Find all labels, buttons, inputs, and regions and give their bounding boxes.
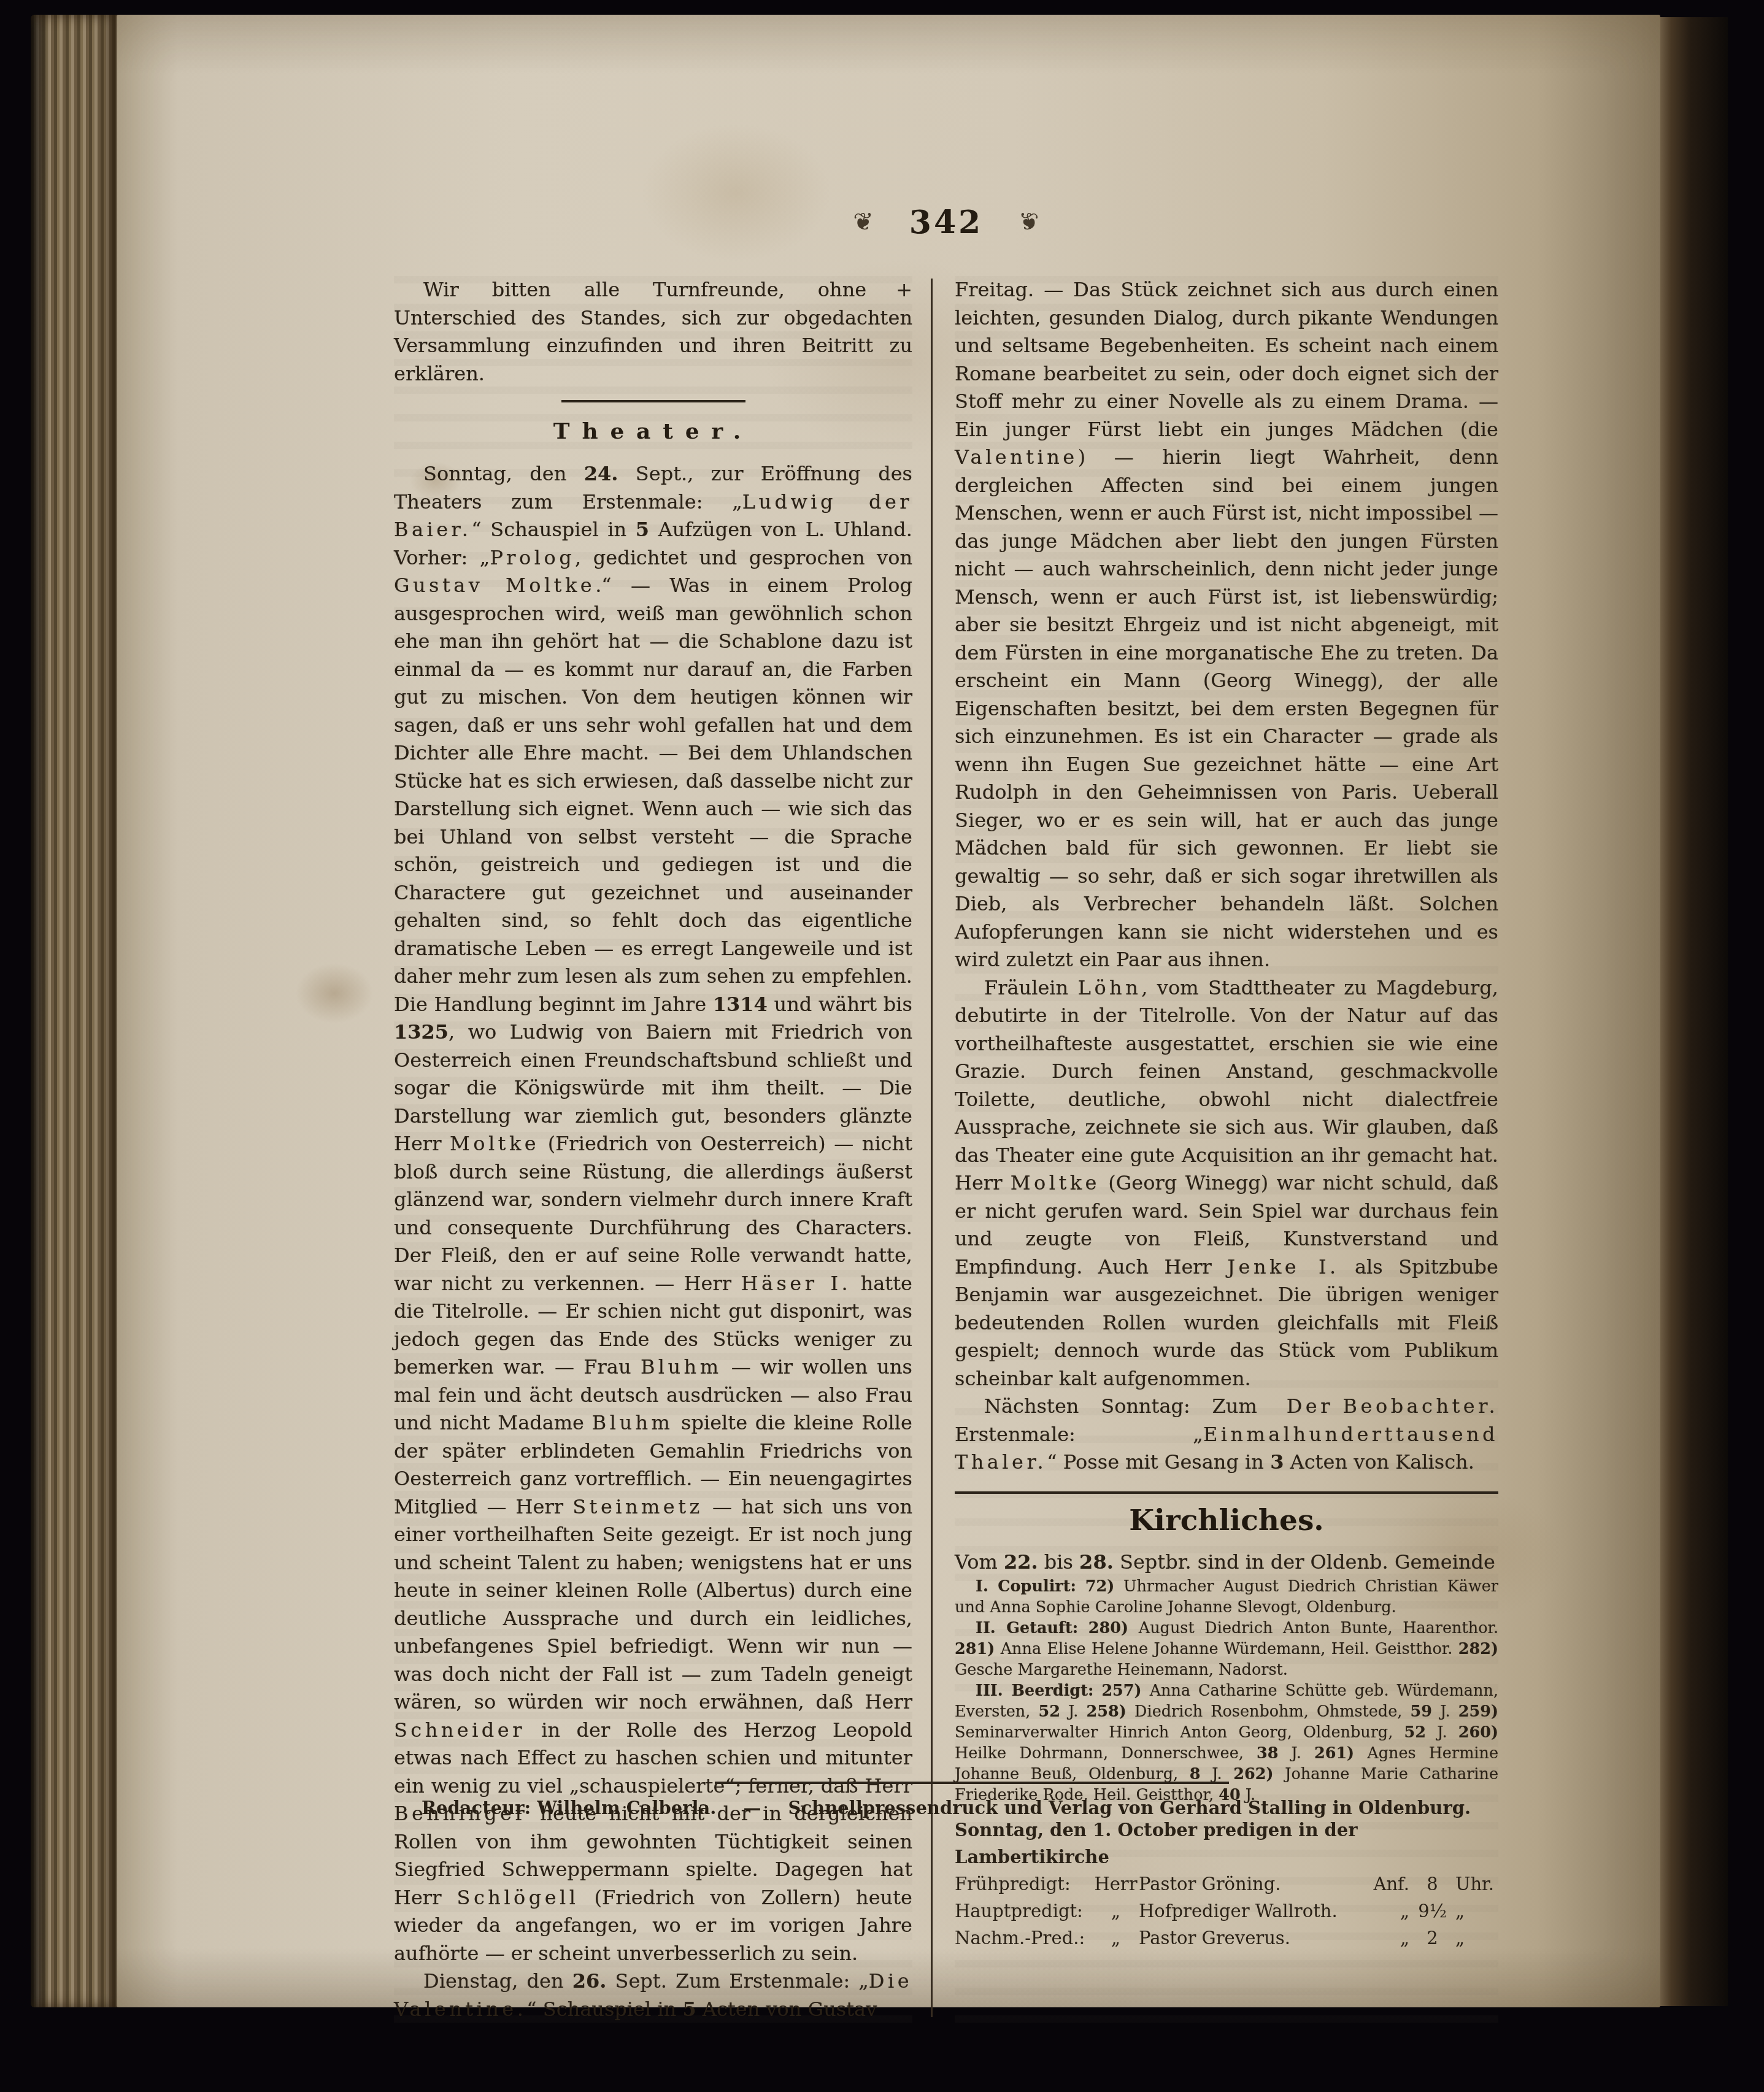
text-segment: “ Schauspiel in <box>526 1998 682 2021</box>
emphasized-name: Löhn <box>1078 976 1142 999</box>
bold-figure: 5 <box>636 518 649 541</box>
bold-figure: 3 <box>1270 1450 1284 1474</box>
bold-figure: 22. <box>1004 1550 1038 1574</box>
time-part: 9½ <box>1409 1898 1455 1925</box>
text-segment: Fräulein <box>984 976 1078 999</box>
beerdigt-entry: III. Beerdigt: 257) Anna Catharine Schüt… <box>955 1680 1498 1806</box>
redacteur-credit: Redacteur: Wilhelm Calberla. <box>422 1798 717 1818</box>
bold-figure: 281) <box>955 1640 995 1658</box>
service-time: „2„ <box>1339 1925 1498 1952</box>
text-segment <box>1078 1619 1088 1637</box>
ditto-mark: „ <box>1093 1898 1139 1925</box>
page-stack-edge <box>31 15 118 2007</box>
book-page: ❦ 342 ❦ +Wir bitten alle Turnfreunde, oh… <box>117 15 1660 2007</box>
bold-figure: 72) <box>1085 1577 1115 1596</box>
text-segment: J. <box>1201 1765 1234 1783</box>
text-segment: bis <box>1038 1550 1079 1574</box>
theater-heading: Theater. <box>394 418 912 444</box>
bold-figure: 52 <box>1038 1702 1060 1721</box>
footer-rule <box>715 1782 1229 1784</box>
left-column: +Wir bitten alle Turnfreunde, ohne Unter… <box>394 276 912 2023</box>
text-segment: “ Posse mit Gesang in <box>1047 1450 1270 1474</box>
ditto-mark: „ <box>1093 1925 1139 1952</box>
text-segment <box>1093 1682 1101 1700</box>
emphasized-name: Steinmetz <box>572 1495 703 1518</box>
emphasized-name: Bluhm <box>641 1355 722 1379</box>
time-part: Uhr. <box>1455 1871 1498 1898</box>
service-row: Hauptpredigt:„Hofprediger Wallroth.„9½„ <box>955 1898 1498 1925</box>
text-segment: — hat sich uns von einer vortheilhaften … <box>394 1495 912 1714</box>
time-part: „ <box>1455 1925 1498 1952</box>
bold-figure: 1325 <box>394 1020 449 1044</box>
text-segment: J. <box>1426 1723 1458 1742</box>
time-part: „ <box>1455 1898 1498 1925</box>
text-segment: Heilke Dohrmann, Donnerschwee, <box>955 1744 1257 1763</box>
text-segment: Dienstag, den <box>423 1969 572 1993</box>
bold-figure: 59 <box>1411 1702 1433 1721</box>
text-segment: Acten von Kalisch. <box>1284 1450 1474 1474</box>
section-rule <box>561 400 745 402</box>
service-label: Nachm.-Pred.: <box>955 1925 1093 1952</box>
emphasized-name: Valentine <box>955 445 1078 469</box>
getauft-entry: II. Getauft: 280) August Diedrich Anton … <box>955 1618 1498 1680</box>
bold-figure: III. Beerdigt: <box>976 1682 1093 1700</box>
text-segment: J. <box>1278 1744 1314 1763</box>
text-segment: Acten von Gustav <box>696 1998 877 2021</box>
text-segment: Seminarverwalter Hinrich Anton Georg, Ol… <box>955 1723 1404 1742</box>
text-segment: Freitag. — Das Stück zeichnet sich aus d… <box>955 278 1498 441</box>
time-part: „ <box>1351 1898 1409 1925</box>
column-layout: +Wir bitten alle Turnfreunde, ohne Unter… <box>394 276 1498 2023</box>
text-segment: Anna Elise Helene Johanne Würdemann, Hei… <box>995 1640 1458 1658</box>
publisher-credit: Schnellpressendruck und Verlag von Gerha… <box>788 1798 1471 1818</box>
text-segment: und währt bis <box>768 993 912 1016</box>
service-time: Anf.8Uhr. <box>1339 1871 1498 1898</box>
turner-notice-paragraph: +Wir bitten alle Turnfreunde, ohne Unter… <box>394 276 912 388</box>
service-label: Hauptpredigt: <box>955 1898 1093 1925</box>
service-row: Nachm.-Pred.:„Pastor Greverus.„2„ <box>955 1925 1498 1952</box>
book-photo: ❦ 342 ❦ +Wir bitten alle Turnfreunde, oh… <box>0 0 1764 2092</box>
page-number: 342 <box>909 204 984 241</box>
text-segment: .“ — Was in einem Prolog ausgesprochen w… <box>394 574 912 1016</box>
text-segment: Diedrich Rosenbohm, Ohmstede, <box>1127 1702 1411 1721</box>
text-segment: J. <box>1060 1702 1087 1721</box>
text-segment: Vom <box>955 1550 1004 1574</box>
bold-figure: 261) <box>1314 1744 1354 1763</box>
emphasized-name: Schlögell <box>457 1886 579 1909</box>
time-part: 2 <box>1409 1925 1455 1952</box>
service-time: „9½„ <box>1339 1898 1498 1925</box>
bold-figure: 8 <box>1190 1765 1201 1783</box>
bold-figure: 28. <box>1079 1550 1114 1574</box>
preacher-name: Hofprediger Wallroth. <box>1139 1898 1339 1925</box>
footer-dash: — <box>743 1798 761 1818</box>
fleuron-left-icon: ❦ <box>853 210 874 234</box>
page-content: ❦ 342 ❦ +Wir bitten alle Turnfreunde, oh… <box>394 199 1498 2023</box>
lamberti-services: Sonntag, den 1. October predigen in der … <box>955 1817 1498 1952</box>
bold-figure: 5 <box>682 1998 696 2021</box>
observer-signature: Der Beobachter. <box>1257 1393 1498 1421</box>
copulirt-entry: I. Copulirt: 72) Uhrmacher August Diedri… <box>955 1576 1498 1618</box>
services-heading: Sonntag, den 1. October predigen in der … <box>955 1817 1498 1871</box>
bold-figure: I. Copulirt: <box>976 1577 1076 1596</box>
text-segment: “ Schauspiel in <box>471 518 635 541</box>
preacher-name: Pastor Gröning. <box>1139 1871 1339 1898</box>
preacher-name: Pastor Greverus. <box>1139 1925 1339 1952</box>
ditto-mark: Herr <box>1093 1871 1139 1898</box>
emphasized-name: Häser I. <box>741 1272 852 1295</box>
footer-imprint: Redacteur: Wilhelm Calberla.—Schnellpres… <box>394 1798 1498 1818</box>
valentine-announcement-paragraph: Dienstag, den 26. Sept. Zum Erstenmale: … <box>394 1967 912 2023</box>
page-header: ❦ 342 ❦ <box>394 199 1498 245</box>
text-segment: Septbr. sind in der Oldenb. Gemeinde <box>1114 1550 1495 1574</box>
bold-figure: 259) <box>1458 1702 1498 1721</box>
time-part: „ <box>1351 1925 1409 1952</box>
next-sunday-paragraph: Der Beobachter.Nächsten Sonntag: Zum Ers… <box>955 1393 1498 1477</box>
column-divider <box>931 279 933 2017</box>
right-column: Freitag. — Das Stück zeichnet sich aus d… <box>955 276 1498 2023</box>
emphasized-name: Bluhm <box>592 1411 674 1434</box>
text-segment: August Diedrich Anton Bunte, Haarenthor. <box>1128 1619 1498 1637</box>
bold-figure: 280) <box>1088 1619 1128 1637</box>
text-segment: Sonntag, den <box>423 462 584 485</box>
text-segment: Wir bitten alle Turnfreunde, ohne Unters… <box>394 278 912 385</box>
emphasized-name: Schneider <box>394 1718 525 1742</box>
kirchliches-heading: Kirchliches. <box>955 1504 1498 1537</box>
text-segment: , vom Stadttheater zu Magdeburg, debutir… <box>955 976 1498 1195</box>
theater-review-paragraph: Sonntag, den 24. Sept., zur Eröffnung de… <box>394 460 912 1967</box>
kirchliches-rule <box>955 1491 1498 1494</box>
emphasized-name: Moltke <box>450 1132 539 1155</box>
text-segment: Gesche Margarethe Heinemann, Nadorst. <box>955 1661 1288 1679</box>
emphasized-name: Prolog <box>490 546 575 569</box>
text-segment: Sept. Zum Erstenmale: „ <box>606 1969 868 1993</box>
bold-figure: 262) <box>1233 1765 1273 1783</box>
emphasized-name: Gustav Moltke <box>394 574 595 597</box>
bold-figure: 258) <box>1087 1702 1127 1721</box>
service-row: Frühpredigt:HerrPastor Gröning.Anf.8Uhr. <box>955 1871 1498 1898</box>
cross-mark: + <box>866 276 912 304</box>
time-part: Anf. <box>1351 1871 1409 1898</box>
bold-figure: 257) <box>1101 1682 1141 1700</box>
gutter-page-edge <box>1660 17 1728 2006</box>
service-label: Frühpredigt: <box>955 1871 1093 1898</box>
bold-figure: 24. <box>584 462 618 485</box>
bold-figure: 260) <box>1458 1723 1498 1742</box>
bold-figure: 282) <box>1458 1640 1498 1658</box>
text-segment: (Friedrich von Oesterreich) — nicht bloß… <box>394 1132 912 1295</box>
text-segment: J. <box>1432 1702 1458 1721</box>
text-segment: ) — hierin liegt Wahrheit, denn dergleic… <box>955 445 1498 971</box>
bold-figure: 52 <box>1404 1723 1426 1742</box>
bold-figure: 1314 <box>713 993 768 1016</box>
kirchliches-intro-paragraph: Vom 22. bis 28. Septbr. sind in der Olde… <box>955 1548 1498 1577</box>
loehn-debut-paragraph: Fräulein Löhn, vom Stadttheater zu Magde… <box>955 974 1498 1393</box>
fleuron-right-icon: ❦ <box>1019 210 1039 234</box>
time-part: 8 <box>1409 1871 1455 1898</box>
emphasized-name: Jenke I. <box>1227 1255 1339 1279</box>
valentine-review-paragraph: Freitag. — Das Stück zeichnet sich aus d… <box>955 276 1498 974</box>
bold-figure: 26. <box>572 1969 607 1993</box>
text-segment: , gedichtet und gesprochen von <box>575 546 912 569</box>
bold-figure: 38 <box>1257 1744 1279 1763</box>
text-segment <box>1076 1577 1085 1596</box>
bold-figure: II. Getauft: <box>976 1619 1078 1637</box>
emphasized-name: Moltke <box>1011 1171 1100 1194</box>
